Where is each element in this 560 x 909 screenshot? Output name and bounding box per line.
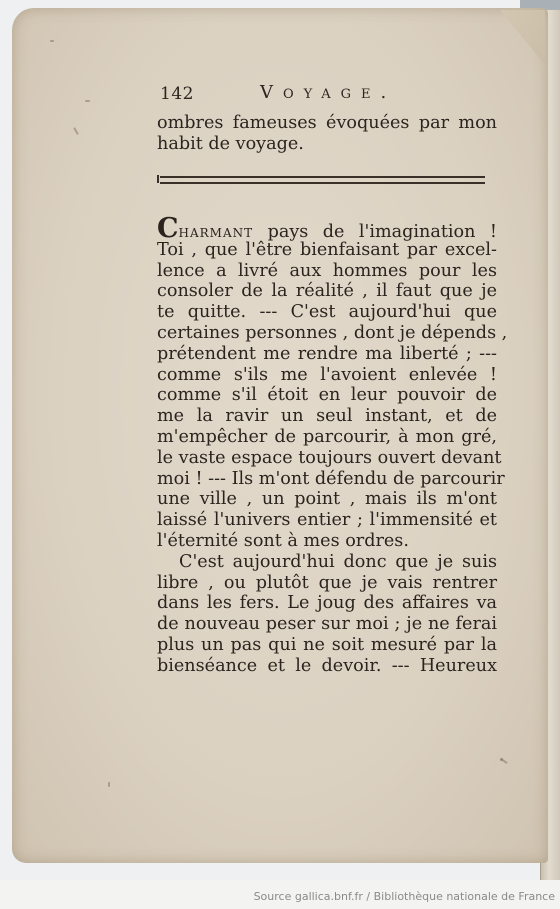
text-line: C'est aujourd'hui donc que je suis xyxy=(157,552,497,573)
running-head-title: Voyage. xyxy=(260,82,396,103)
text-line: libre , ou plutôt que je vais rentrer xyxy=(157,573,497,594)
text-line: prétendent me rendre ma liberté ; --- xyxy=(157,344,497,365)
text-line: consoler de la réalité , il faut que je xyxy=(157,281,497,302)
section-divider-rule xyxy=(160,176,485,184)
paper-speck xyxy=(50,40,54,42)
text-line: ombres fameuses évoquées par mon xyxy=(157,113,497,134)
source-attribution: Source gallica.bnf.fr / Bibliothèque nat… xyxy=(254,890,555,903)
text-line: bienséance et le devoir. --- Heureux xyxy=(157,656,497,677)
paper-speck xyxy=(85,100,90,102)
text-line: de nouveau peser sur moi ; je ne ferai xyxy=(157,614,497,635)
text-line: te quitte. --- C'est aujourd'hui que xyxy=(157,302,497,323)
paper-speck xyxy=(108,782,110,787)
chapter-body: Charmant pays de l'imagination ! Toi , q… xyxy=(157,219,497,677)
text-line: comme s'il étoit en leur pouvoir de xyxy=(157,385,497,406)
text-line-opening: Charmant pays de l'imagination ! xyxy=(157,219,497,240)
text-line: certaines personnes , dont je dépends , xyxy=(157,323,497,344)
text-line: laissé l'univers entier ; l'immensité et xyxy=(157,510,497,531)
text-line: l'éternité sont à mes ordres. xyxy=(157,531,497,552)
text-line: moi ! --- Ils m'ont défendu de parcourir xyxy=(157,469,497,490)
running-head: 142 Voyage. xyxy=(160,84,490,108)
text-line: lence a livré aux hommes pour les xyxy=(157,261,497,282)
text-line: le vaste espace toujours ouvert devant xyxy=(157,448,497,469)
continuation-text: ombres fameuses évoquées par mon habit d… xyxy=(157,113,497,155)
text-line: habit de voyage. xyxy=(157,134,497,155)
text-line: dans les fers. Le joug des affaires va xyxy=(157,593,497,614)
paper-speck xyxy=(500,758,503,761)
text-line: me la ravir un seul instant, et de xyxy=(157,406,497,427)
text-line: m'empêcher de parcourir, à mon gré, xyxy=(157,427,497,448)
text-line: plus un pas qui ne soit mesuré par la xyxy=(157,635,497,656)
page-number: 142 xyxy=(160,84,194,104)
text-line: comme s'ils me l'avoient enlevée ! xyxy=(157,365,497,386)
text-line: une ville , un point , mais ils m'ont xyxy=(157,489,497,510)
text-line: Toi , que l'être bienfaisant par excel- xyxy=(157,240,497,261)
